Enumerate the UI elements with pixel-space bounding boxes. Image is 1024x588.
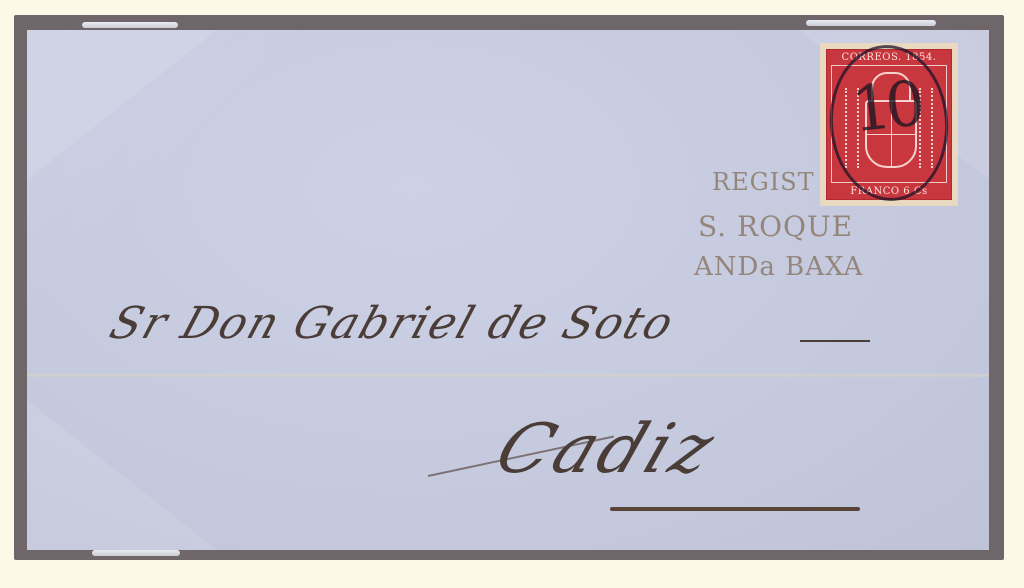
city-underline bbox=[610, 507, 860, 511]
fold-line bbox=[27, 374, 989, 377]
mount-hinge-top-right bbox=[806, 20, 936, 26]
mount-hinge-top-left bbox=[82, 22, 178, 28]
postmark-line-3: ANDa BAXA bbox=[694, 252, 863, 282]
addressee-flourish bbox=[800, 340, 870, 342]
postmark-line-1: REGIST bbox=[712, 168, 815, 196]
mount-hinge-bottom-left bbox=[92, 550, 180, 556]
cancel-numeral: 10 bbox=[848, 67, 922, 147]
destination-city: Cadiz bbox=[486, 410, 728, 489]
addressee: Sr Don Gabriel de Soto bbox=[104, 298, 682, 349]
postmark-line-2: S. ROQUE bbox=[698, 210, 853, 243]
